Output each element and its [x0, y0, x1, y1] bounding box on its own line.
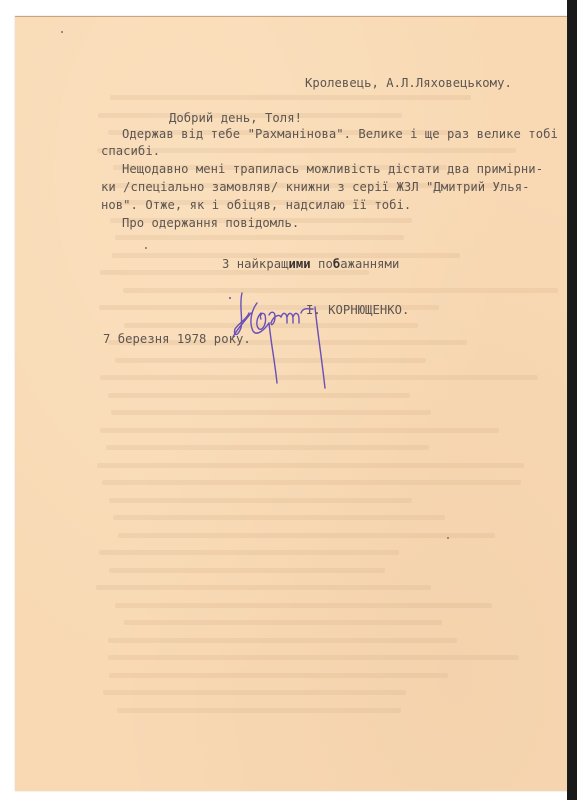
- body-line-5: нов". Отже, як і обіцяв, надсилаю її тоб…: [101, 197, 411, 213]
- bleed-line: [118, 533, 496, 538]
- bleed-line: [103, 690, 406, 695]
- bleed-line: [99, 550, 399, 555]
- bleed-line: [96, 585, 430, 590]
- closing-overstrike: ими: [289, 257, 311, 271]
- bleed-line: [106, 445, 429, 450]
- bleed-line: [102, 480, 521, 485]
- paper-speck: [447, 537, 449, 539]
- bleed-line: [100, 428, 499, 433]
- addressee-line: Кролевець, А.Л.Ляховецькому.: [305, 75, 512, 91]
- bleed-line: [97, 463, 524, 468]
- bleed-line: [117, 708, 401, 713]
- body-line-2: спасибі.: [101, 143, 160, 159]
- bleed-line: [123, 288, 558, 293]
- bleed-line: [110, 95, 471, 100]
- letter-date: 7 березня 1978 року.: [103, 331, 251, 347]
- body-line-4: ки /спеціально замовляв/ книжни з серії …: [101, 179, 529, 195]
- closing-middle: по: [311, 257, 333, 271]
- closing-prefix: З найкращ: [222, 257, 289, 271]
- bleed-line: [124, 620, 442, 625]
- bleed-line: [109, 568, 385, 573]
- scan-edge: [567, 0, 577, 800]
- bleed-line: [109, 673, 448, 678]
- closing-suffix: ажаннями: [340, 257, 399, 271]
- bleed-line: [115, 235, 403, 240]
- body-line-6: Про одержання повідомль.: [122, 215, 299, 231]
- bleed-line: [108, 638, 457, 643]
- bleed-line: [115, 603, 491, 608]
- bleed-line: [109, 498, 411, 503]
- greeting: Добрий день, Толя!: [169, 110, 302, 126]
- paper-speck: [145, 247, 147, 249]
- bleed-line: [111, 410, 430, 415]
- body-line-3: Нещодавно мені трапилась можливість діст…: [122, 161, 543, 177]
- closing-line: З найкращими побажаннями: [222, 256, 399, 272]
- body-line-1: Одержав від тебе "Рахманінова". Велике і…: [122, 126, 558, 142]
- bleed-line: [113, 515, 445, 520]
- bleed-line: [108, 655, 519, 660]
- paper-speck: [61, 31, 63, 33]
- bleed-line: [108, 393, 410, 398]
